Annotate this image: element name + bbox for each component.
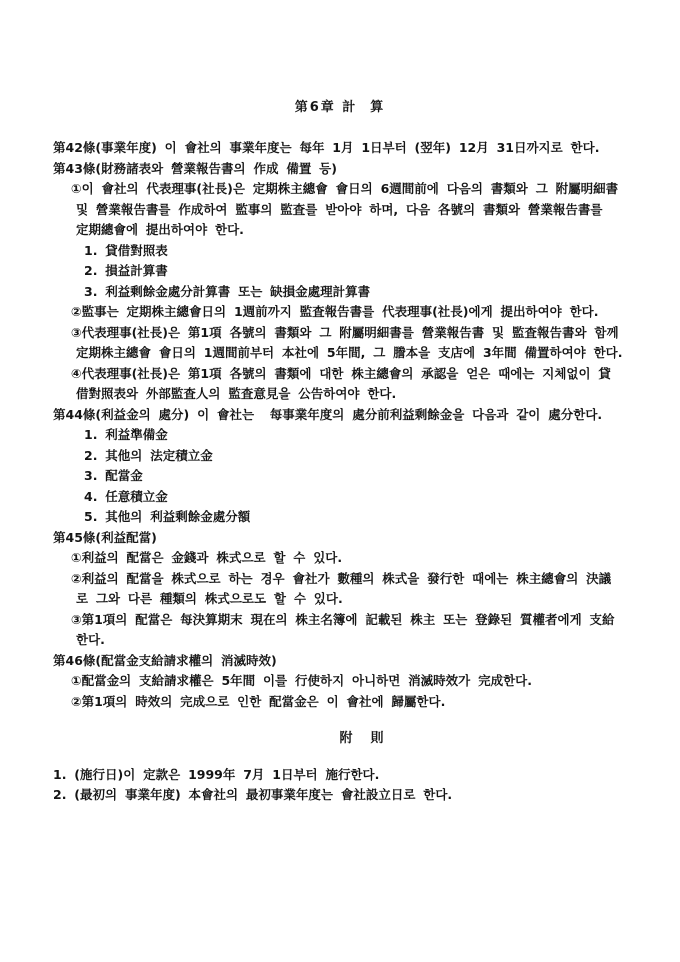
document-line: 2. 其他의 法定積立金 [84,446,670,467]
document-body: 第42條(事業年度) 이 會社의 事業年度는 每年 1月 1日부터 (翌年) 1… [53,138,670,806]
annex-lines: 1. (施行日)이 定款은 1999年 7月 1日부터 施行한다.2. (最初의… [53,765,670,806]
document-line: 5. 其他의 利益剩餘金處分額 [84,507,670,528]
document-line: 1. 貸借對照表 [84,241,670,262]
document-line: 第45條(利益配當) [53,528,670,549]
document-line: ②監事는 定期株主總會日의 1週前까지 監査報告書를 代表理事(社長)에게 提出… [71,302,670,323]
document-line: 第43條(財務諸表와 營業報告書의 作成 備置 등) [53,159,670,180]
document-line: 第42條(事業年度) 이 會社의 事業年度는 每年 1月 1日부터 (翌年) 1… [53,138,670,159]
document-line: 1. (施行日)이 定款은 1999年 7月 1日부터 施行한다. [53,765,670,786]
document-line: ③代表理事(社長)은 第1項 各號의 書類와 그 附屬明細書를 營業報告書 및 … [71,323,670,344]
document-line: 1. 利益準備金 [84,425,670,446]
document-line: 한다. [76,630,670,651]
document-line: 第46條(配當金支給請求權의 消滅時效) [53,651,670,672]
chapter-heading: 第6章 計 算 [0,96,680,115]
document-line: 3. 利益剩餘金處分計算書 또는 缺損金處理計算書 [84,282,670,303]
document-line: 借對照表와 外部監査人의 監査意見을 公告하여야 한다. [76,384,670,405]
document-line: ③第1項의 配當은 每決算期末 現在의 株主名簿에 記載된 株主 또는 登錄된 … [71,610,670,631]
annex-heading: 附 則 [53,729,670,750]
document-line: ①利益의 配當은 金錢과 株式으로 할 수 있다. [71,548,670,569]
document-page: 第6章 計 算 第42條(事業年度) 이 會社의 事業年度는 每年 1月 1日부… [0,0,680,962]
document-line: ④代表理事(社長)은 第1項 各號의 書類에 대한 株主總會의 承認을 얻은 때… [71,364,670,385]
document-line: 定期總會에 提出하여야 한다. [76,220,670,241]
article-lines: 第42條(事業年度) 이 會社의 事業年度는 每年 1月 1日부터 (翌年) 1… [53,138,670,712]
document-line: 4. 任意積立金 [84,487,670,508]
document-line: ①配當金의 支給請求權은 5年間 이를 行使하지 아니하면 消滅時效가 完成한다… [71,671,670,692]
document-line: ②第1項의 時效의 完成으로 인한 配當金은 이 會社에 歸屬한다. [71,692,670,713]
document-line: ①이 會社의 代表理事(社長)은 定期株主總會 會日의 6週間前에 다음의 書類… [71,179,670,200]
document-line: 2. 損益計算書 [84,261,670,282]
document-line: 3. 配當金 [84,466,670,487]
document-line: 第44條(利益金의 處分) 이 會社는 每事業年度의 處分前利益剩餘金을 다음과… [53,405,670,426]
document-line: 및 營業報告書를 作成하여 監事의 監査를 받아야 하며, 다음 各號의 書類와… [76,200,670,221]
document-line: 定期株主總會 會日의 1週間前부터 本社에 5年間, 그 謄本을 支店에 3年間… [76,343,670,364]
document-line: 2. (最初의 事業年度) 本會社의 最初事業年度는 會社設立日로 한다. [53,785,670,806]
document-line: 로 그와 다른 種類의 株式으로도 할 수 있다. [76,589,670,610]
document-line: ②利益의 配當을 株式으로 하는 경우 會社가 數種의 株式을 發行한 때에는 … [71,569,670,590]
